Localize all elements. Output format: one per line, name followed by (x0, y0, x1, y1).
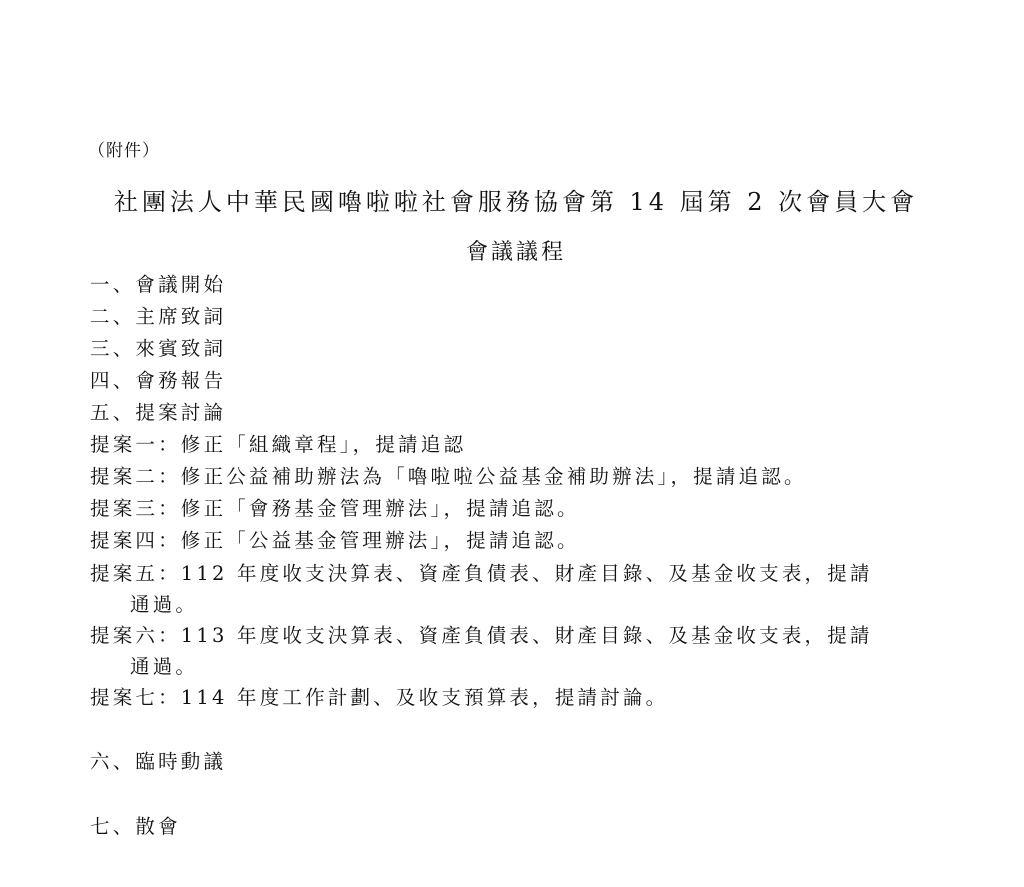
proposal-7: 提案七：114 年度工作計劃、及收支預算表，提請討論。 (90, 686, 668, 710)
proposal-4: 提案四：修正「公益基金管理辦法」，提請追認。 (90, 529, 580, 553)
document-page: （附件） 社團法人中華民國嚕啦啦社會服務協會第 14 屆第 2 次會員大會 會議… (0, 0, 1024, 887)
document-subtitle: 會議議程 (0, 235, 1024, 266)
agenda-item-3: 三、來賓致詞 (90, 337, 226, 361)
proposal-1: 提案一：修正「組織章程」，提請追認 (90, 433, 466, 457)
agenda-item-4: 四、會務報告 (90, 369, 226, 393)
proposal-5: 提案五：112 年度收支決算表、資產負債表、財產目錄、及基金收支表，提請 (90, 562, 873, 586)
agenda-item-7: 七、散會 (90, 815, 181, 839)
proposal-2: 提案二：修正公益補助辦法為「嚕啦啦公益基金補助辦法」，提請追認。 (90, 465, 807, 489)
proposal-6: 提案六：113 年度收支決算表、資產負債表、財產目錄、及基金收支表，提請 (90, 624, 873, 648)
document-title: 社團法人中華民國嚕啦啦社會服務協會第 14 屆第 2 次會員大會 (0, 182, 1024, 217)
proposal-5-continuation: 通過。 (130, 593, 198, 617)
agenda-item-2: 二、主席致詞 (90, 305, 226, 329)
agenda-item-6: 六、臨時動議 (90, 750, 226, 774)
proposal-6-continuation: 通過。 (130, 655, 198, 679)
agenda-item-5: 五、提案討論 (90, 401, 226, 425)
attachment-label: （附件） (88, 136, 160, 161)
proposal-3: 提案三：修正「會務基金管理辦法」，提請追認。 (90, 497, 580, 521)
agenda-item-1: 一、會議開始 (90, 273, 226, 297)
